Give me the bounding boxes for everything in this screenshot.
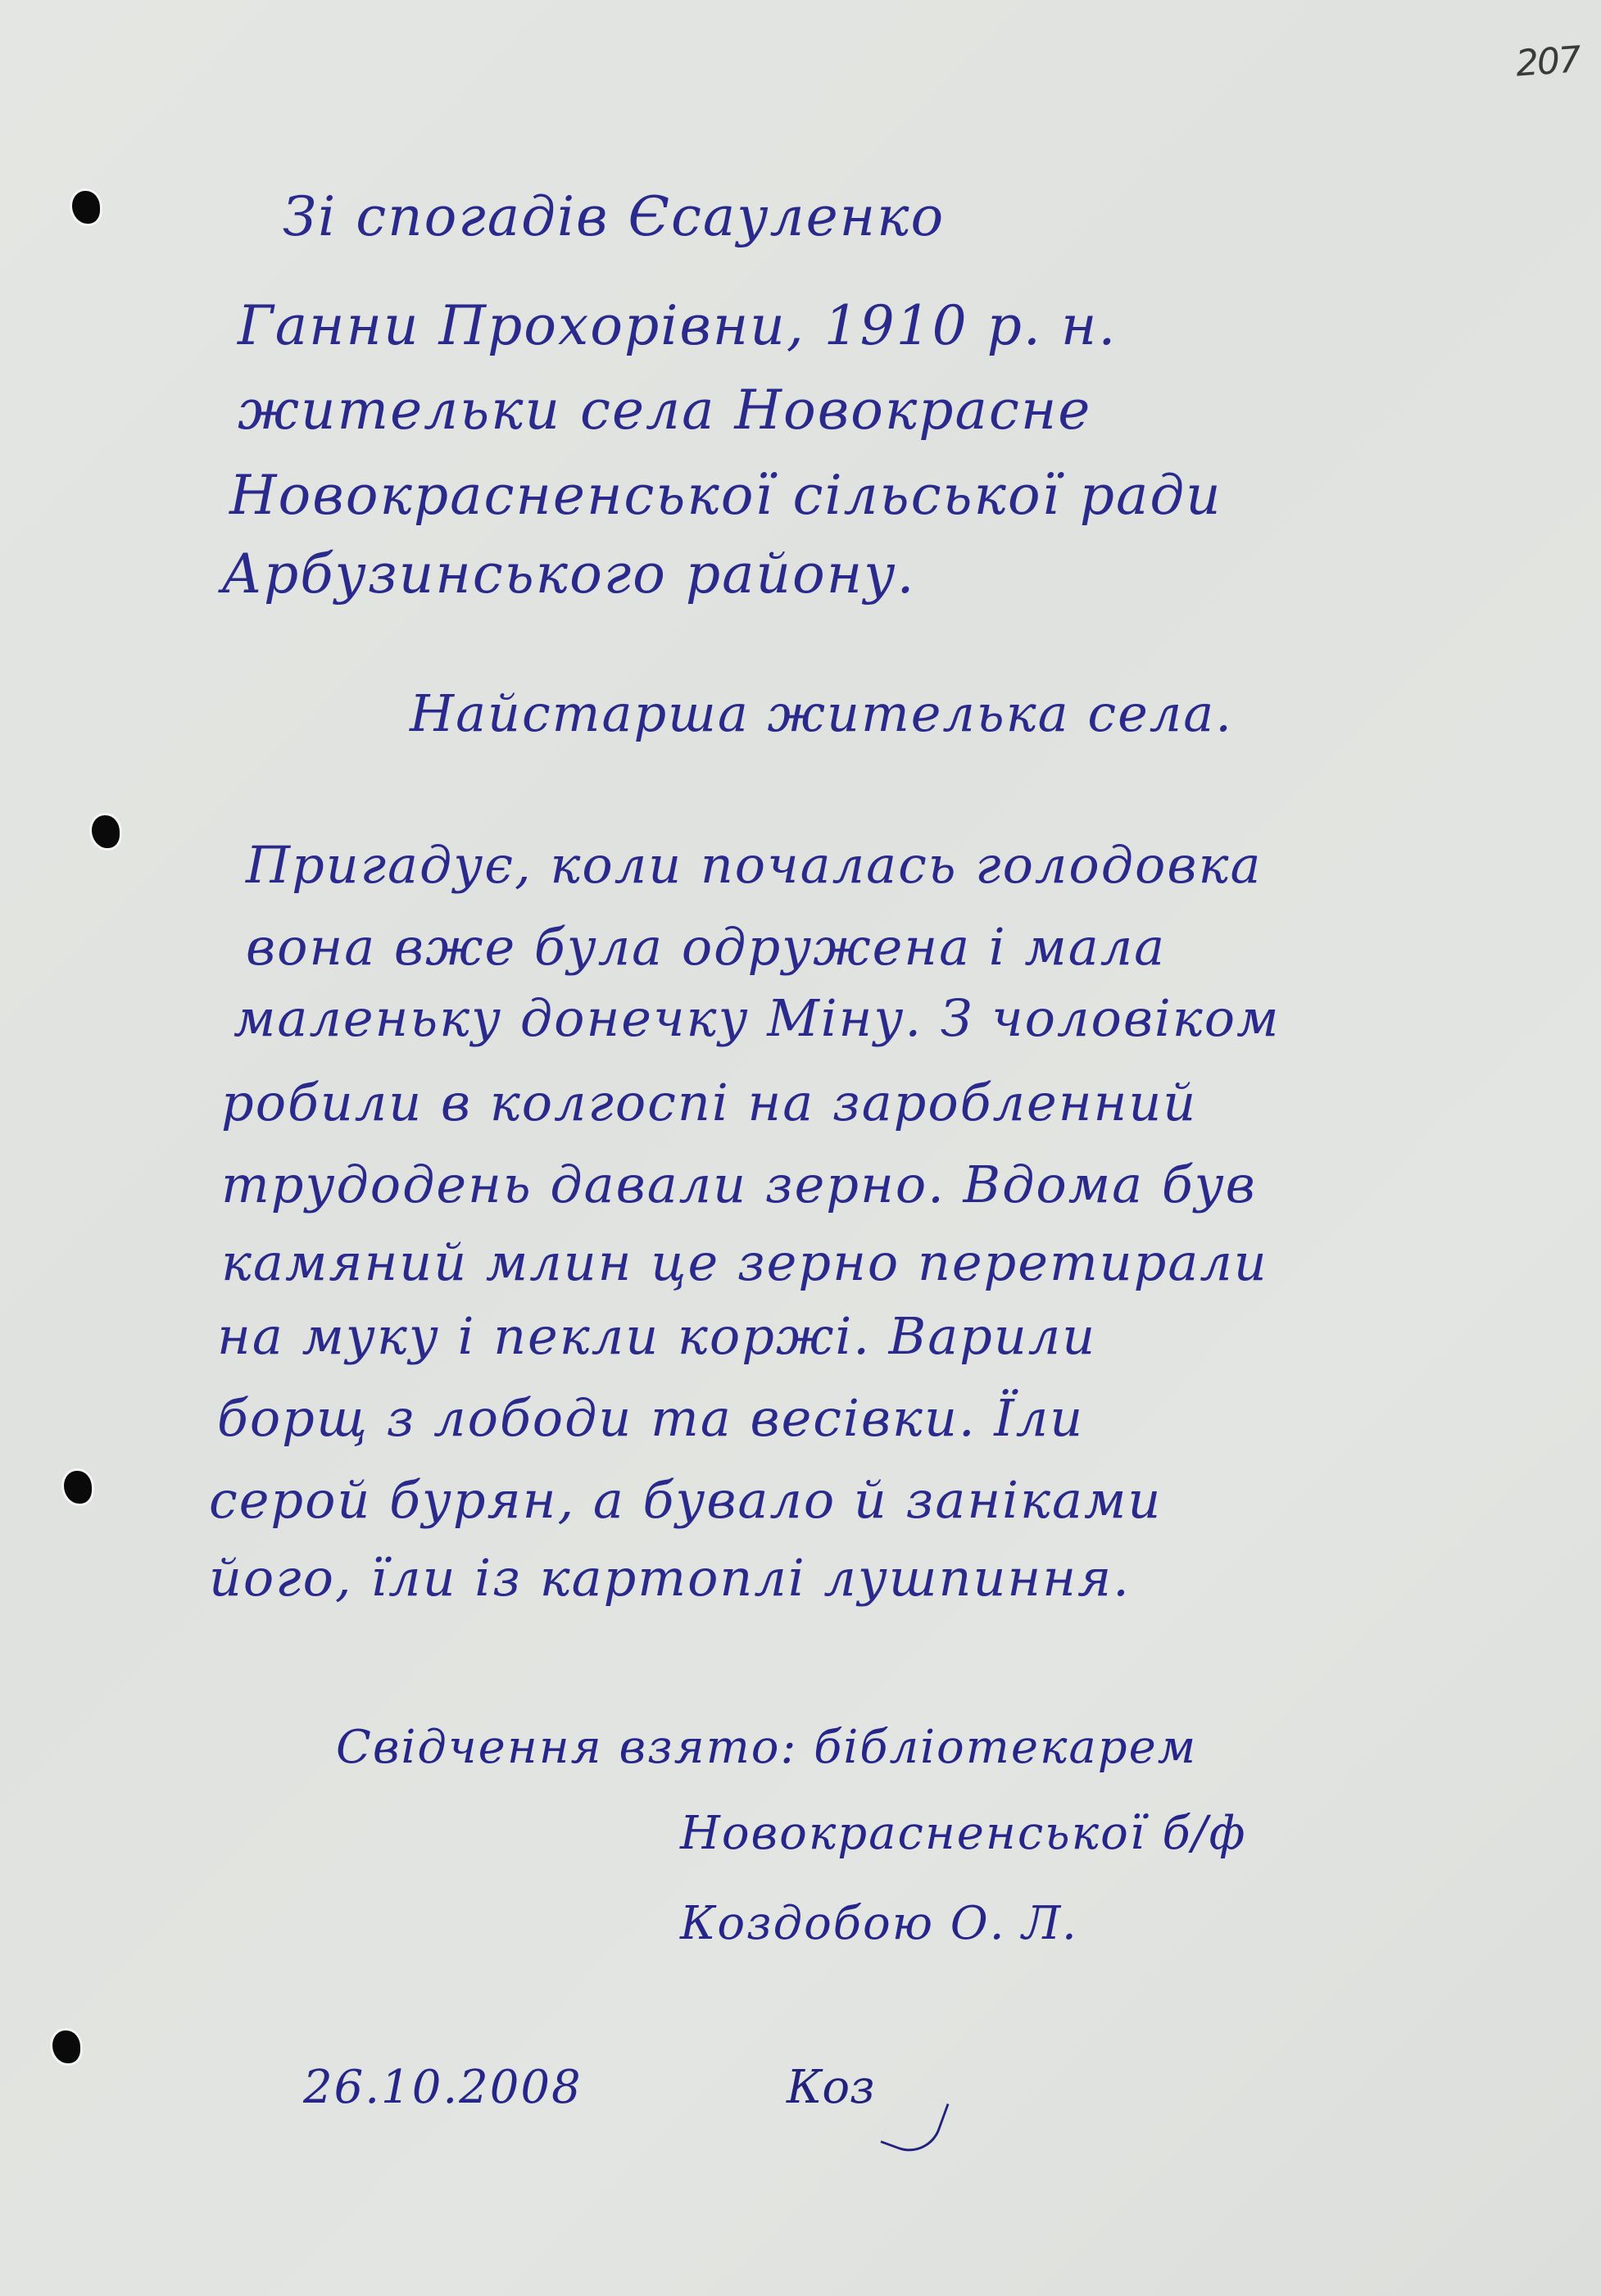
source-line-1: Свідчення взято: бібліотекарем [336, 1725, 1197, 1771]
body-line-1: Пригадує, коли почалась голодовка [246, 840, 1262, 891]
body-line-5: трудодень давали зерно. Вдома був [221, 1159, 1257, 1210]
body-line-7: на муку і пекли коржі. Варили [217, 1311, 1096, 1362]
title-line-5: Арбузинського району. [221, 547, 915, 601]
title-line-4: Новокрасненської сільської ради [229, 469, 1222, 523]
body-line-2: вона вже була одружена і мала [246, 922, 1166, 973]
body-line-4: робили в колгоспі на заробленний [221, 1078, 1197, 1128]
source-line-2: Новокрасненської б/ф [680, 1811, 1246, 1857]
body-line-10: його, їли із картоплі лушпиння. [209, 1553, 1131, 1604]
title-line-3: жительки села Новокрасне [238, 383, 1091, 438]
date: 26.10.2008 [303, 2065, 583, 2111]
punch-hole [72, 191, 100, 224]
body-line-8: борщ з лободи та весівки. Їли [217, 1393, 1084, 1444]
body-line-3: маленьку донечку Міну. З чоловіком [234, 993, 1280, 1044]
punch-hole [92, 815, 120, 848]
heading: Найстарша жителька села. [410, 688, 1233, 739]
body-line-9: серой бурян, а бувало й заніками [209, 1475, 1162, 1526]
title-line-1: Зі спогадів Єсауленко [283, 190, 945, 244]
signature: Коз [787, 2061, 875, 2114]
body-line-6: камяний млин це зерно перетирали [221, 1237, 1268, 1288]
source-line-3: Коздобою О. Л. [680, 1901, 1078, 1947]
signature-flourish [880, 2086, 949, 2160]
punch-hole [52, 2031, 80, 2063]
handwritten-document-page: 207 Зі спогадів Єсауленко Ганни Прохорів… [0, 0, 1601, 2296]
archive-page-number: 207 [1514, 39, 1581, 84]
title-line-2: Ганни Прохорівни, 1910 р. н. [238, 299, 1117, 353]
punch-hole [64, 1471, 92, 1504]
